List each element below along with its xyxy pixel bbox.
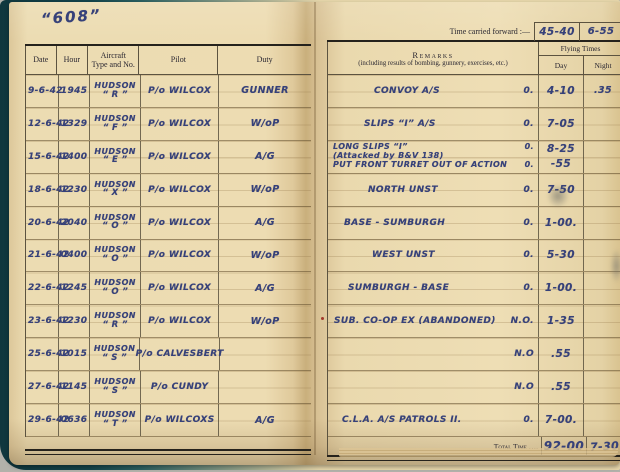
aircraft-cell: HUDSON “ R ” <box>90 305 141 337</box>
right-log-table: Time carried forward :— 45-40 6-55 Remar… <box>327 22 620 461</box>
remark-line: N.O <box>328 349 538 359</box>
remark-text: SLIPS “I” A/S <box>328 119 524 129</box>
date-cell: 25-6-42 <box>26 338 59 370</box>
remark-lines: BASE - SUMBURGH0. <box>328 207 539 239</box>
aircraft-letter: “ O ” <box>102 255 128 264</box>
date-cell: 12-6-42 <box>26 108 59 140</box>
remark-lines: N.O <box>328 338 539 370</box>
remark-lines: SUMBURGH - BASE0. <box>328 272 539 304</box>
day-cell: 8-25-55 <box>539 141 584 173</box>
table-row-left: 9-6-42 1945 HUDSON “ R ” P/o WILCOX GUNN… <box>26 75 311 108</box>
aircraft-cell: HUDSON “ X ” <box>90 174 141 206</box>
page-edge-stack <box>339 448 618 457</box>
table-row-right: BASE - SUMBURGH0. 1-00. <box>328 207 620 240</box>
hour-cell: 1230 <box>59 305 90 337</box>
day-cell: 1-00. <box>539 207 584 239</box>
duty-cell: A/G <box>219 141 311 173</box>
remark-text: WEST UNST <box>328 250 524 260</box>
aircraft-cell: HUDSON “ O ” <box>90 272 141 304</box>
remark-text: NORTH UNST <box>328 185 524 195</box>
day-value: 4-10 <box>547 85 575 97</box>
remark-text: BASE - SUMBURGH <box>328 218 524 228</box>
logbook-pages: “608” Date Hour Aircraft Type and No. Pi… <box>9 2 620 465</box>
left-table-bottom-rule <box>25 449 311 455</box>
left-rows: 9-6-42 1945 HUDSON “ R ” P/o WILCOX GUNN… <box>25 75 311 437</box>
date-cell: 9-6-42 <box>26 75 59 107</box>
col-header-flying-times: Flying Times Day Night <box>539 42 620 74</box>
day-value: 8-25 <box>547 143 575 155</box>
night-cell <box>584 305 620 337</box>
remark-line: BASE - SUMBURGH0. <box>328 218 538 228</box>
left-table-header: Date Hour Aircraft Type and No. Pilot Du… <box>25 46 311 75</box>
left-log-table: Date Hour Aircraft Type and No. Pilot Du… <box>25 44 311 455</box>
duty-cell: W/oP <box>219 305 311 337</box>
remark-mark: 0. <box>524 185 538 195</box>
night-cell <box>584 141 620 173</box>
aircraft-letter: “ E ” <box>103 156 128 165</box>
day-cell: 7-05 <box>539 108 584 140</box>
aircraft-cell: HUDSON “ O ” <box>90 207 141 239</box>
remark-line: WEST UNST0. <box>328 250 538 260</box>
remark-lines: CONVOY A/S0. <box>328 75 539 107</box>
table-row-left: 21-6-42 0400 HUDSON “ O ” P/o WILCOX W/o… <box>26 240 311 273</box>
table-row-left: 23-6-42 1230 HUDSON “ R ” P/o WILCOX W/o… <box>26 305 311 338</box>
aircraft-letter: “ O ” <box>102 222 128 231</box>
aircraft-letter: “ T ” <box>103 420 128 429</box>
date-cell: 21-6-42 <box>26 240 59 272</box>
col-header-hour: Hour <box>57 46 89 74</box>
aircraft-cell: HUDSON “ E ” <box>90 141 141 173</box>
remark-text: SUB. CO-OP EX (ABANDONED) <box>328 316 511 326</box>
day-night-header: Day Night <box>539 56 620 74</box>
pilot-cell: P/o WILCOX <box>141 240 219 272</box>
day-value: .55 <box>551 381 571 393</box>
right-table-header: Remarks (including results of bombing, g… <box>327 42 620 75</box>
night-cell <box>584 174 620 206</box>
date-cell: 15-6-42 <box>26 141 59 173</box>
remark-mark: N.O <box>514 382 538 392</box>
pilot-cell: P/o WILCOX <box>141 75 219 107</box>
pilot-cell: P/o WILCOX <box>141 174 219 206</box>
table-row-left: 20-6-42 2040 HUDSON “ O ” P/o WILCOX A/G <box>26 207 311 240</box>
remark-mark: 0. <box>524 86 538 96</box>
table-row-right: CONVOY A/S0. 4-10 .35 <box>328 75 620 108</box>
table-row-right: LONG SLIPS “I”0.(Attacked by B&V 138)PUT… <box>328 141 620 174</box>
pilot-cell: P/o WILCOX <box>141 108 219 140</box>
table-row-right: NORTH UNST0. 7-50 <box>328 174 620 207</box>
hour-cell: 1230 <box>59 174 90 206</box>
duty-cell: A/G <box>219 207 311 239</box>
table-row-left: 27-6-42 1145 HUDSON “ S ” P/o CUNDY <box>26 371 311 404</box>
remark-lines: C.L.A. A/S PATROLS II.0. <box>328 404 539 436</box>
hour-cell: 1245 <box>59 272 90 304</box>
remark-mark: 0. <box>524 415 538 425</box>
carried-forward-day-box: 45-40 <box>534 22 580 41</box>
hour-cell: 1329 <box>59 108 90 140</box>
col-header-night: Night <box>584 56 620 74</box>
day-value: 5-30 <box>547 249 575 261</box>
remark-line: SUB. CO-OP EX (ABANDONED)N.O. <box>328 316 538 326</box>
pilot-cell: P/o CUNDY <box>141 371 219 403</box>
day-value: 7-00. <box>545 414 577 426</box>
col-header-remarks: Remarks (including results of bombing, g… <box>328 42 539 74</box>
ink-smudge <box>547 184 569 208</box>
col-header-day: Day <box>539 56 584 74</box>
day-value: 1-35 <box>547 315 575 327</box>
duty-cell: A/G <box>219 272 311 304</box>
col-header-duty: Duty <box>218 46 311 74</box>
aircraft-cell: HUDSON “ T ” <box>90 404 141 436</box>
aircraft-letter: “ R ” <box>102 91 127 100</box>
night-cell <box>584 338 620 370</box>
date-cell: 18-6-42 <box>26 174 59 206</box>
logbook-spread: “608” Date Hour Aircraft Type and No. Pi… <box>0 0 620 472</box>
remark-line: PUT FRONT TURRET OUT OF ACTION0. <box>328 160 538 169</box>
remark-mark: 0. <box>524 250 538 260</box>
pilot-cell: P/o WILCOXS <box>141 404 219 436</box>
table-row-right: SUMBURGH - BASE0. 1-00. <box>328 272 620 305</box>
day-cell: .55 <box>539 338 584 370</box>
day-cell: 7-00. <box>539 404 584 436</box>
remark-line: SLIPS “I” A/S0. <box>328 119 538 129</box>
date-cell: 22-6-42 <box>26 272 59 304</box>
aircraft-letter: “ O ” <box>102 288 128 297</box>
remark-mark: N.O. <box>511 316 538 326</box>
remark-mark: N.O <box>514 349 538 359</box>
remark-text: (Attacked by B&V 138) <box>328 151 534 160</box>
col-header-date: Date <box>26 46 57 74</box>
remark-mark: 0. <box>525 142 538 151</box>
day-value: .55 <box>551 348 571 360</box>
pilot-cell: P/o WILCOX <box>141 207 219 239</box>
date-cell: 23-6-42 <box>26 305 59 337</box>
remark-text: C.L.A. A/S PATROLS II. <box>328 415 524 425</box>
day-cell: 1-00. <box>539 272 584 304</box>
table-row-right: SLIPS “I” A/S0. 7-05 <box>328 108 620 141</box>
pilot-cell: P/o CALVESBERT <box>140 338 220 370</box>
pilot-cell: P/o WILCOX <box>141 141 219 173</box>
aircraft-cell: HUDSON “ S ” <box>90 338 140 370</box>
carried-forward-night-box: 6-55 <box>580 22 620 41</box>
duty-cell: W/oP <box>219 240 311 272</box>
remark-text: SUMBURGH - BASE <box>328 283 524 293</box>
remarks-title: Remarks <box>412 50 453 60</box>
duty-cell: W/oP <box>219 174 311 206</box>
ink-smudge <box>610 249 620 283</box>
remark-lines: WEST UNST0. <box>328 240 539 272</box>
table-row-right: N.O .55 <box>328 371 620 404</box>
duty-cell: GUNNER <box>219 75 311 107</box>
table-row-left: 22-6-42 1245 HUDSON “ O ” P/o WILCOX A/G <box>26 272 311 305</box>
remark-line: (Attacked by B&V 138) <box>328 151 538 160</box>
hour-cell: 1015 <box>59 338 90 370</box>
remark-line: SUMBURGH - BASE0. <box>328 283 538 293</box>
flying-times-label: Flying Times <box>539 42 620 56</box>
aircraft-cell: HUDSON “ F ” <box>90 108 141 140</box>
day-cell: 4-10 <box>539 75 584 107</box>
table-row-right: C.L.A. A/S PATROLS II.0. 7-00. <box>328 404 620 437</box>
aircraft-cell: HUDSON “ O ” <box>90 240 141 272</box>
table-row-left: 25-6-42 1015 HUDSON “ S ” P/o CALVESBERT <box>26 338 311 371</box>
remark-lines: NORTH UNST0. <box>328 174 539 206</box>
table-row-right: SUB. CO-OP EX (ABANDONED)N.O. 1-35 <box>328 305 620 338</box>
remark-line: C.L.A. A/S PATROLS II.0. <box>328 415 538 425</box>
remark-line: N.O <box>328 382 538 392</box>
aircraft-letter: “ S ” <box>102 354 127 363</box>
remark-text: LONG SLIPS “I” <box>328 142 525 151</box>
pilot-cell: P/o WILCOX <box>141 272 219 304</box>
remark-mark: 0. <box>524 218 538 228</box>
remark-mark: 0. <box>525 160 538 169</box>
duty-cell: W/oP <box>219 108 311 140</box>
day-cell: .55 <box>539 371 584 403</box>
remark-lines: SUB. CO-OP EX (ABANDONED)N.O. <box>328 305 539 337</box>
table-row-left: 12-6-42 1329 HUDSON “ F ” P/o WILCOX W/o… <box>26 108 311 141</box>
col-header-aircraft-line1: Aircraft <box>101 51 126 60</box>
night-cell <box>584 108 620 140</box>
col-header-aircraft: Aircraft Type and No. <box>88 46 139 74</box>
right-rows: CONVOY A/S0. 4-10 .35 SLIPS “I” A/S0. 7-… <box>327 75 620 437</box>
duty-cell <box>219 371 311 403</box>
table-row-right: N.O .55 <box>328 338 620 371</box>
day-cell: 5-30 <box>539 240 584 272</box>
remark-lines: SLIPS “I” A/S0. <box>328 108 539 140</box>
night-cell <box>584 371 620 403</box>
day-value: 1-00. <box>545 282 577 294</box>
aircraft-letter: “ R ” <box>102 321 127 330</box>
table-row-left: 29-6-42 0636 HUDSON “ T ” P/o WILCOXS A/… <box>26 404 311 437</box>
remark-text: PUT FRONT TURRET OUT OF ACTION <box>328 160 525 169</box>
remark-mark: 0. <box>524 283 538 293</box>
night-cell <box>584 404 620 436</box>
table-row-left: 18-6-42 1230 HUDSON “ X ” P/o WILCOX W/o… <box>26 174 311 207</box>
carried-forward-day-value: 45-40 <box>539 26 575 38</box>
remark-lines: N.O <box>328 371 539 403</box>
table-row-right: WEST UNST0. 5-30 <box>328 240 620 273</box>
time-carried-forward-label: Time carried forward :— <box>450 27 534 36</box>
remark-line: CONVOY A/S0. <box>328 86 538 96</box>
remark-mark: 0. <box>524 119 538 129</box>
col-header-aircraft-line2: Type and No. <box>92 60 135 69</box>
time-carried-forward-row: Time carried forward :— 45-40 6-55 <box>327 22 620 40</box>
squadron-number-handwritten: “608” <box>40 6 102 28</box>
date-cell: 27-6-42 <box>26 371 59 403</box>
red-ink-dot <box>321 317 324 320</box>
carried-forward-night-value: 6-55 <box>588 26 615 37</box>
night-cell <box>584 207 620 239</box>
pilot-cell: P/o WILCOX <box>141 305 219 337</box>
hour-cell: 1400 <box>59 141 90 173</box>
aircraft-cell: HUDSON “ S ” <box>90 371 141 403</box>
day-value: -55 <box>551 158 571 170</box>
col-header-pilot: Pilot <box>139 46 218 74</box>
table-row-left: 15-6-42 1400 HUDSON “ E ” P/o WILCOX A/G <box>26 141 311 174</box>
day-value: 1-00. <box>545 217 577 229</box>
aircraft-letter: “ X ” <box>102 189 127 198</box>
hour-cell: 1945 <box>59 75 90 107</box>
aircraft-letter: “ F ” <box>103 124 128 133</box>
remark-text: CONVOY A/S <box>328 86 524 96</box>
night-cell: .35 <box>584 75 620 107</box>
date-cell: 29-6-42 <box>26 404 59 436</box>
remark-line: NORTH UNST0. <box>328 185 538 195</box>
day-cell: 1-35 <box>539 305 584 337</box>
hour-cell: 2040 <box>59 207 90 239</box>
duty-cell: A/G <box>219 404 311 436</box>
hour-cell: 0400 <box>59 240 90 272</box>
hour-cell: 1145 <box>59 371 90 403</box>
day-value: 7-05 <box>547 118 575 130</box>
remark-lines: LONG SLIPS “I”0.(Attacked by B&V 138)PUT… <box>328 141 539 173</box>
duty-cell <box>220 338 311 370</box>
aircraft-cell: HUDSON “ R ” <box>90 75 141 107</box>
date-cell: 20-6-42 <box>26 207 59 239</box>
aircraft-letter: “ S ” <box>103 387 128 396</box>
page-gutter <box>314 2 316 455</box>
remark-line: LONG SLIPS “I”0. <box>328 142 538 151</box>
remarks-subtitle: (including results of bombing, gunnery, … <box>358 60 507 67</box>
hour-cell: 0636 <box>59 404 90 436</box>
